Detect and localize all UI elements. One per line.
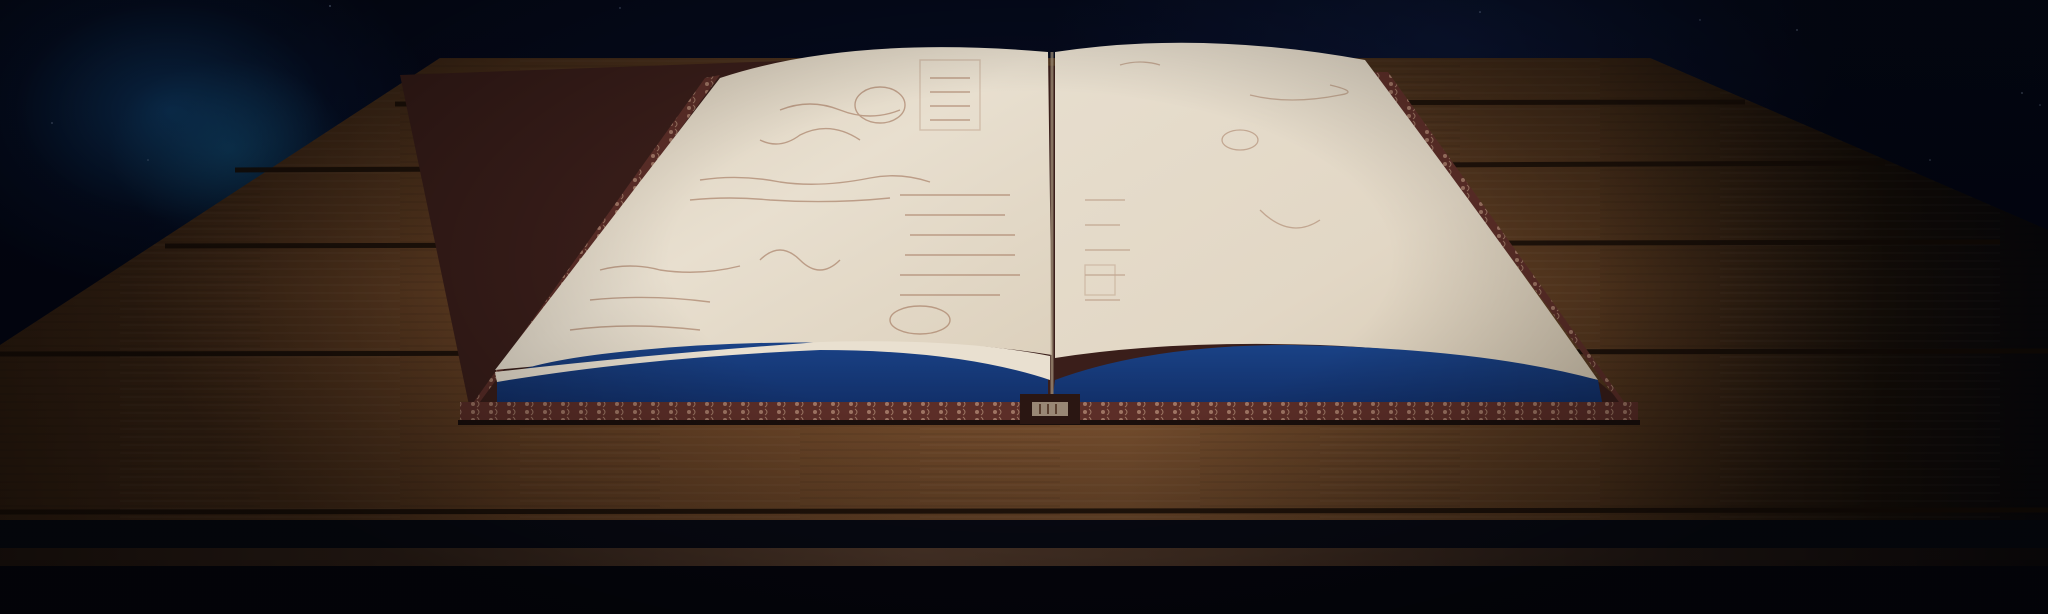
game-scene [0, 0, 2048, 614]
right-page [1052, 43, 1602, 402]
open-book [0, 0, 2048, 614]
